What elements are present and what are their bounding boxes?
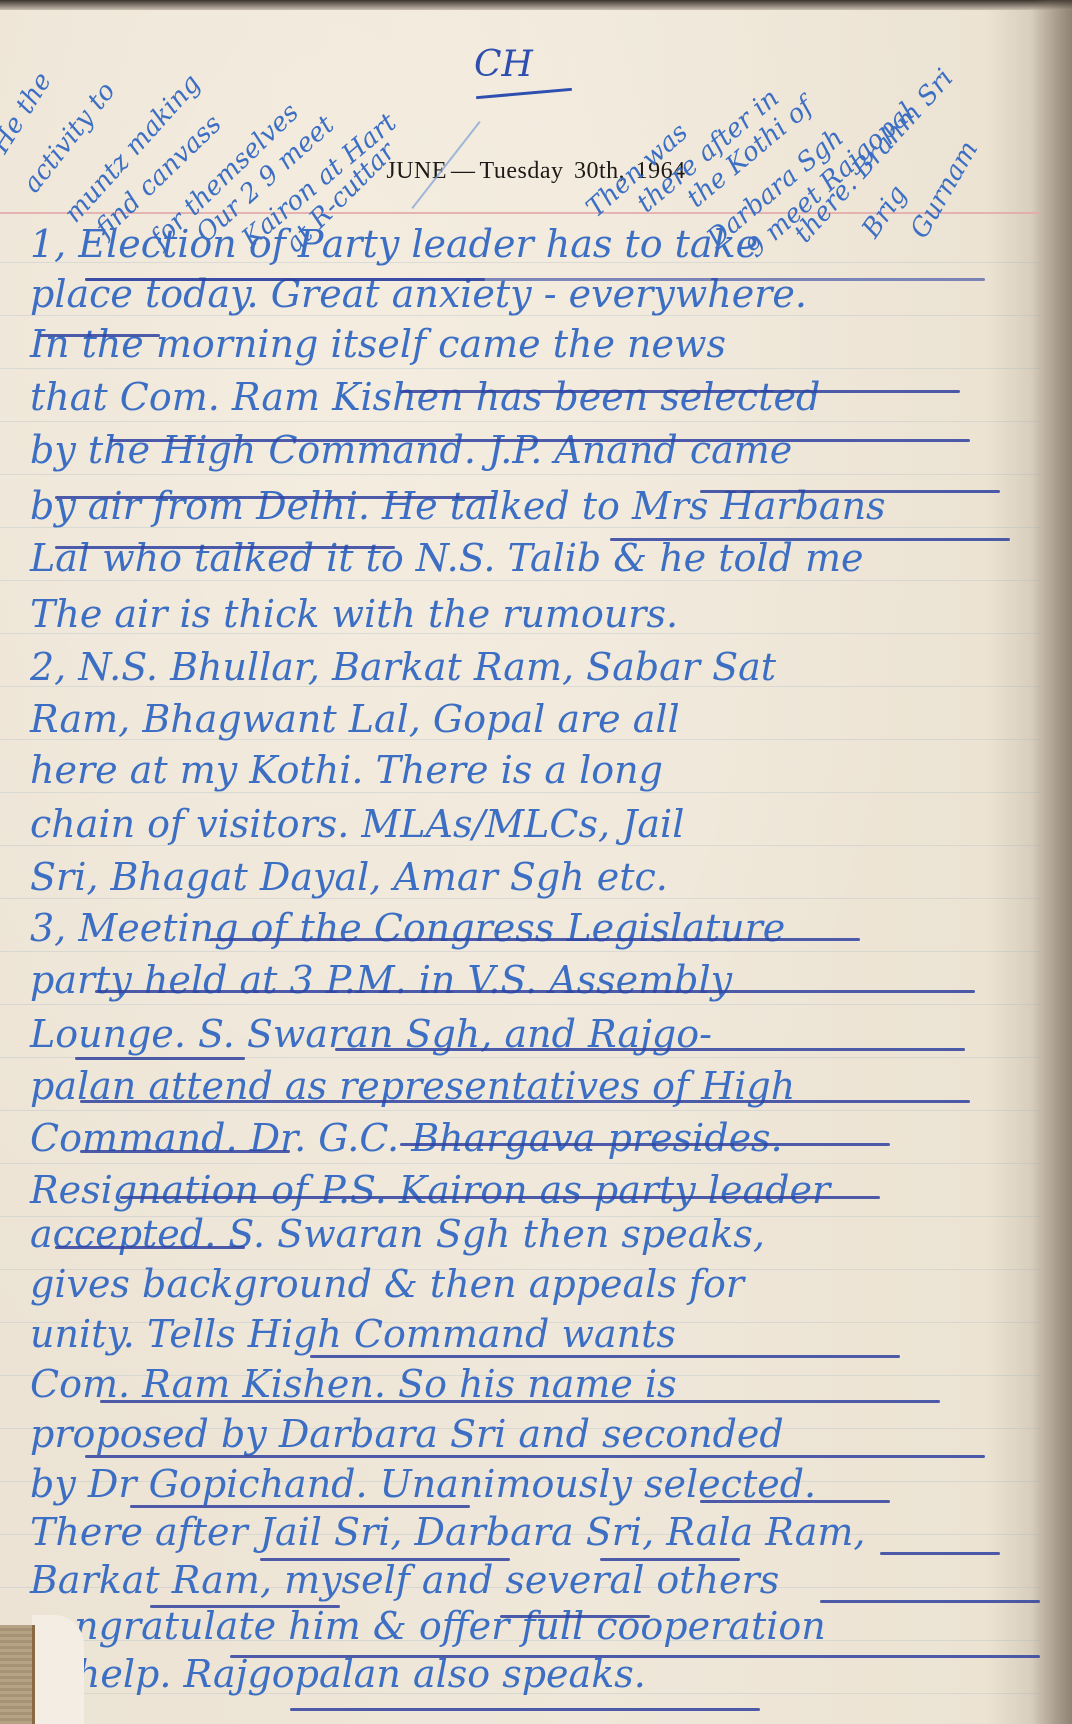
diary-line: chain of visitors. MLAs/MLCs, Jail — [30, 802, 1030, 846]
diary-line: The air is thick with the rumours. — [30, 592, 1030, 636]
cloth-binding-tab — [0, 1625, 35, 1724]
underline-stroke — [880, 1552, 1000, 1555]
underline-stroke — [95, 990, 975, 993]
header-weekday: Tuesday — [480, 158, 564, 184]
diary-line: that Com. Ram Kishen has been selected — [30, 375, 1030, 419]
diary-line: Lal who talked it to N.S. Talib & he tol… — [30, 536, 1030, 580]
diary-line: unity. Tells High Command wants — [30, 1312, 1030, 1356]
underline-stroke — [100, 1400, 940, 1403]
ruled-line — [0, 421, 1040, 422]
underline-stroke — [80, 1100, 970, 1103]
diary-line: 2, N.S. Bhullar, Barkat Ram, Sabar Sat — [30, 645, 1030, 689]
underline-stroke — [110, 439, 970, 442]
ruled-line — [0, 792, 1040, 793]
ruled-line — [0, 368, 1040, 369]
underline-stroke — [335, 1048, 965, 1051]
underline-stroke — [85, 1455, 985, 1458]
underline-stroke — [700, 1500, 890, 1503]
diary-line: party held at 3 P.M. in V.S. Assembly — [30, 958, 1030, 1002]
underline-stroke — [75, 1057, 245, 1060]
diary-line: & help. Rajgopalan also speaks. — [30, 1652, 1030, 1696]
page-top-edge-shadow — [0, 0, 1072, 10]
underline-stroke — [210, 938, 860, 941]
underline-stroke — [55, 1246, 245, 1249]
diary-line: Command. Dr. G.C. Bhargava presides. — [30, 1116, 1030, 1160]
underline-stroke — [55, 496, 495, 499]
diary-line: gives background & then appeals for — [30, 1262, 1030, 1306]
underline-stroke — [290, 1708, 760, 1711]
diary-line: here at my Kothi. There is a long — [30, 748, 1030, 792]
underline-stroke — [400, 1143, 890, 1146]
page-edge-cutout — [32, 1615, 84, 1724]
underline-stroke — [130, 1505, 470, 1508]
ruled-line — [0, 951, 1040, 952]
underline-stroke — [700, 490, 1000, 493]
underline-stroke — [80, 1150, 290, 1153]
ruled-line — [0, 1163, 1040, 1164]
underline-stroke — [150, 1605, 340, 1608]
underline-stroke — [230, 1655, 1040, 1658]
diary-line: 1, Election of Party leader has to take — [30, 222, 1030, 266]
monogram: CH — [474, 44, 533, 85]
underline-stroke — [610, 538, 1010, 541]
underline-stroke — [400, 390, 960, 393]
diary-line: In the morning itself came the news — [30, 322, 1030, 366]
underline-stroke — [820, 1600, 1040, 1603]
ruled-line — [0, 580, 1040, 581]
underline-stroke — [55, 546, 395, 549]
underline-stroke — [260, 1558, 510, 1561]
header-separator: — — [451, 158, 476, 184]
ruled-line — [0, 1110, 1040, 1111]
ruled-line — [0, 1004, 1040, 1005]
underline-stroke — [120, 1196, 880, 1199]
diary-line: Barkat Ram, myself and several others — [30, 1558, 1030, 1602]
underline-stroke — [310, 1355, 900, 1358]
underline-stroke — [600, 1558, 740, 1561]
diary-line: 3, Meeting of the Congress Legislature — [30, 906, 1030, 950]
diary-page: JUNE—Tuesday 30th, 1964 CH He the activi… — [0, 0, 1072, 1724]
diary-line: Resignation of P.S. Kairon as party lead… — [30, 1168, 1030, 1212]
underline-stroke — [85, 278, 985, 281]
book-spine-shadow — [1032, 0, 1072, 1724]
diary-line: by the High Command. J.P. Anand came — [30, 428, 1030, 472]
diary-line: congratulate him & offer full cooperatio… — [30, 1604, 1030, 1648]
diary-line: accepted. S. Swaran Sgh then speaks, — [30, 1212, 1030, 1256]
diary-line: proposed by Darbara Sri and seconded — [30, 1412, 1030, 1456]
diary-line: There after Jail Sri, Darbara Sri, Rala … — [30, 1510, 1030, 1554]
monogram-underline — [476, 88, 572, 99]
diary-line: Sri, Bhagat Dayal, Amar Sgh etc. — [30, 855, 1030, 899]
underline-stroke — [40, 334, 160, 337]
diary-line: Ram, Bhagwant Lal, Gopal are all — [30, 697, 1030, 741]
underline-stroke — [500, 1615, 650, 1618]
ruled-line — [0, 474, 1040, 475]
